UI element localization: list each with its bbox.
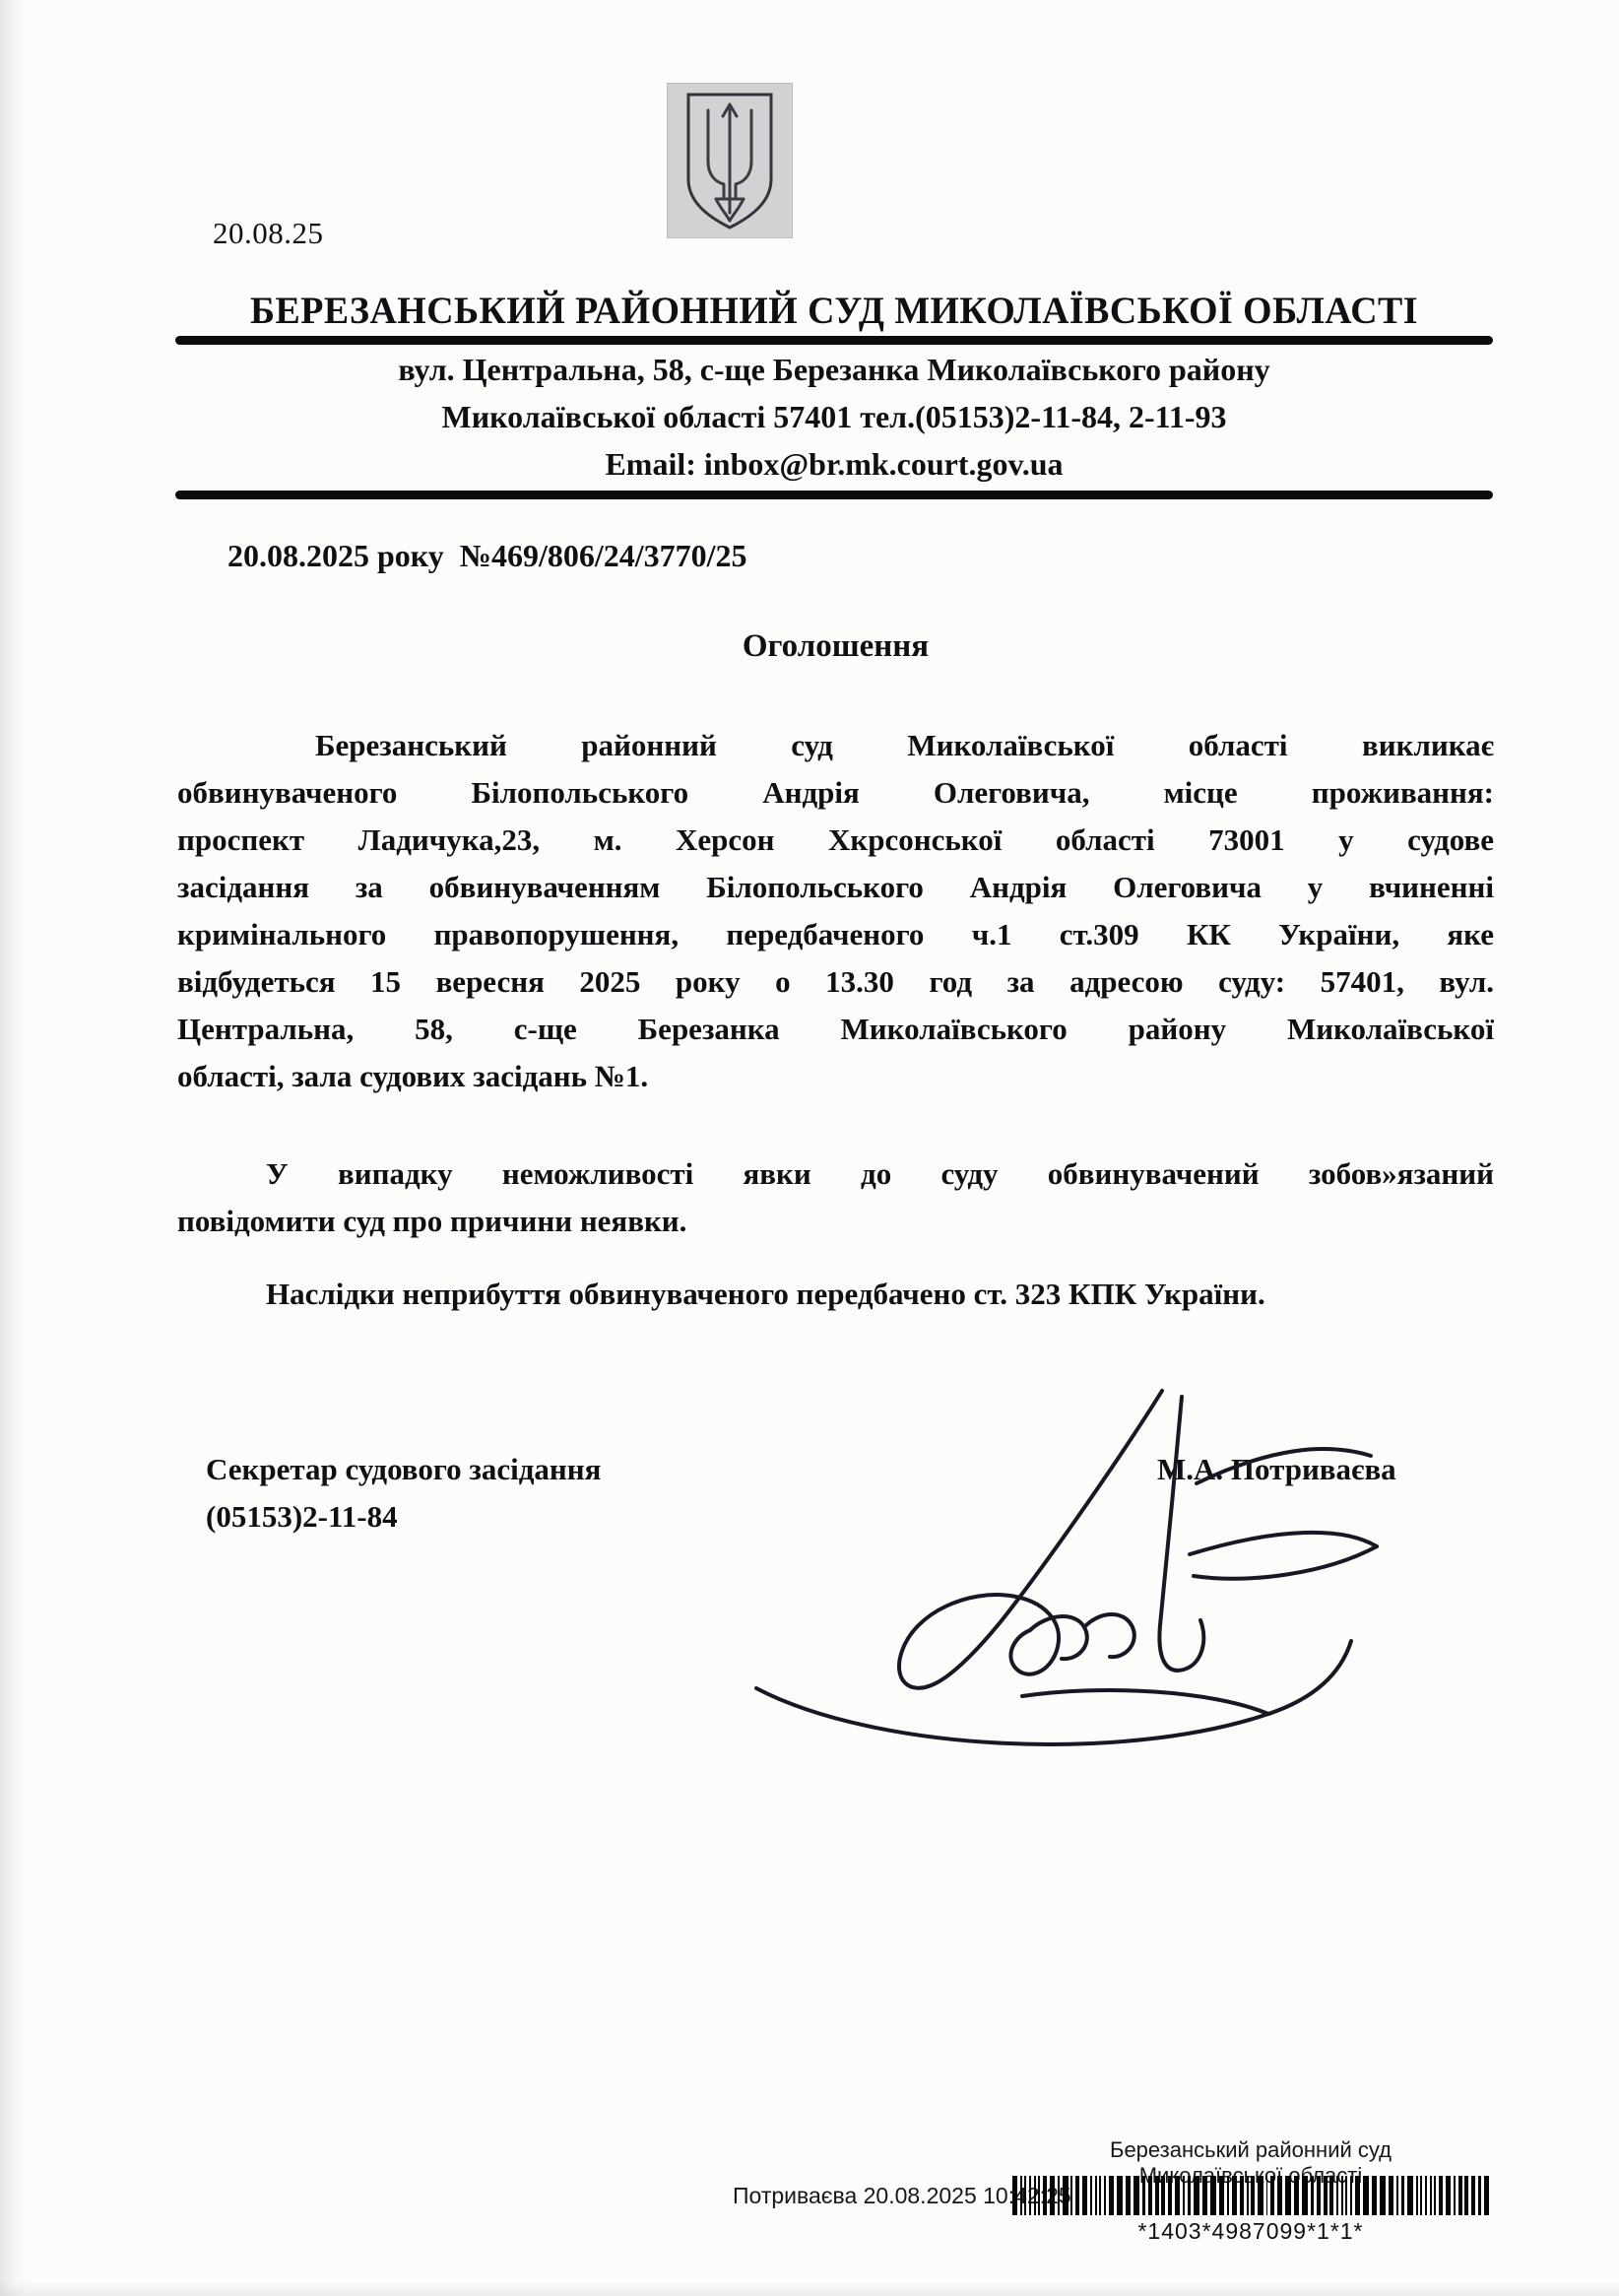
address-line-2: Миколаївської області 57401 тел.(05153)2… [175, 394, 1493, 439]
letterhead: БЕРЕЗАНСЬКИЙ РАЙОННИЙ СУД МИКОЛАЇВСЬКОЇ … [175, 289, 1493, 499]
paragraph-line: обвинуваченого Білопольського Андрія Оле… [177, 769, 1494, 817]
signer-role-label: Секретар судового засідання [206, 1452, 601, 1487]
ukraine-trident-icon [667, 83, 793, 238]
address-line-1: вул. Центральна, 58, с-ще Березанка Мико… [175, 347, 1493, 392]
paragraph-obligation: У випадку неможливості явки до суду обви… [177, 1150, 1494, 1245]
divider-rule-top [175, 336, 1493, 345]
email-line: Email: inbox@br.mk.court.gov.ua [175, 441, 1493, 487]
scanned-court-letter: 20.08.25 БЕРЕЗАНСЬКИЙ РАЙОННИЙ СУД МИКОЛ… [0, 0, 1619, 2296]
paragraph-line: У випадку неможливості явки до суду обви… [177, 1150, 1494, 1198]
paragraph-line: проспект Ладичука,23, м. Херсон Хкрсонсь… [177, 817, 1494, 864]
handwritten-signature [630, 1357, 1398, 1781]
paragraph-consequences: Наслідки неприбуття обвинуваченого перед… [177, 1271, 1494, 1318]
paragraph-line: відбудеться 15 вересня 2025 року о 13.30… [177, 958, 1494, 1006]
paragraph-line: області, зала судових засідань №1. [177, 1053, 1494, 1100]
divider-rule-bottom [175, 491, 1493, 499]
reference-number-line: 20.08.2025 року №469/806/24/3770/25 [227, 538, 747, 574]
scan-edge-artifact-bottom [0, 2282, 1619, 2296]
signature-stroke-icon [630, 1357, 1398, 1781]
paragraph-line: засідання за обвинуваченням Білопольсько… [177, 864, 1494, 911]
paragraph-summons: Березанський районний суд Миколаївської … [177, 722, 1494, 1100]
barcode [1012, 2176, 1489, 2215]
coat-of-arms [667, 83, 793, 238]
paragraph-line: Березанський районний суд Миколаївської … [177, 722, 1494, 769]
document-title: Оголошення [177, 628, 1494, 665]
paragraph-line: кримінального правопорушення, передбачен… [177, 911, 1494, 958]
signer-name: М.А. Потриваєва [1157, 1452, 1396, 1487]
scan-edge-artifact [0, 0, 30, 2296]
footer-court-line-1: Березанський районний суд [1024, 2137, 1477, 2163]
handwritten-scan-date: 20.08.25 [213, 216, 324, 251]
court-name-title: БЕРЕЗАНСЬКИЙ РАЙОННИЙ СУД МИКОЛАЇВСЬКОЇ … [195, 289, 1473, 333]
paragraph-line: Центральна, 58, с-ще Березанка Миколаївс… [177, 1006, 1494, 1053]
barcode-text: *1403*4987099*1*1* [1012, 2218, 1489, 2245]
paragraph-line: повідомити суд про причини неявки. [177, 1198, 1494, 1245]
signer-phone: (05153)2-11-84 [206, 1499, 398, 1535]
paragraph-line: Наслідки неприбуття обвинуваченого перед… [177, 1271, 1494, 1318]
